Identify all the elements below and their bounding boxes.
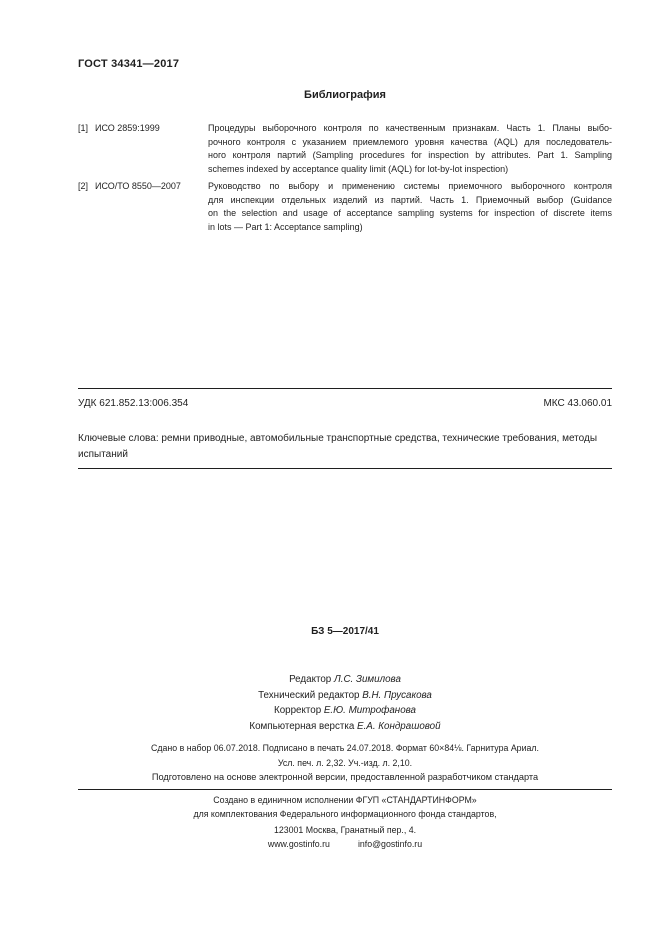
doc-code: ГОСТ 34341—2017	[78, 58, 612, 70]
bz-code: БЗ 5—2017/41	[78, 626, 612, 637]
bib-entry-description: Процедуры выборочного контроля по качест…	[208, 122, 612, 176]
bib-text-line: рочного контроля с указанием приемлемого…	[208, 136, 612, 150]
staff-credits: Редактор Л.С. Зимилова Технический редак…	[78, 672, 612, 734]
publisher-email: info@gostinfo.ru	[358, 838, 422, 852]
staff-line: Технический редактор В.Н. Прусакова	[78, 688, 612, 704]
staff-line: Компьютерная верстка Е.А. Кондрашовой	[78, 719, 612, 735]
staff-role: Редактор	[289, 674, 331, 685]
bib-text-line: schemes indexed by acceptance quality li…	[208, 163, 612, 177]
udk-code: УДК 621.852.13:006.354	[78, 398, 188, 409]
publisher-line: для комплектования Федерального информац…	[78, 808, 612, 822]
staff-line: Корректор Е.Ю. Митрофанова	[78, 703, 612, 719]
publisher-block: Создано в единичном исполнении ФГУП «СТА…	[78, 794, 612, 852]
keywords: Ключевые слова: ремни приводные, автомоб…	[78, 431, 612, 462]
bib-text-line: on the selection and usage of acceptance…	[208, 207, 612, 221]
bib-text-line: Руководство по выбору и применению систе…	[208, 180, 612, 194]
bib-entry-number: [2]	[78, 180, 95, 234]
bib-text-line: in lots — Part 1: Acceptance sampling)	[208, 221, 612, 235]
bib-entry-reference: ИСО/ТО 8550—2007	[95, 180, 208, 234]
staff-name: Е.Ю. Митрофанова	[324, 705, 416, 716]
staff-name: В.Н. Прусакова	[362, 690, 432, 701]
bibliography-entry: [1] ИСО 2859:1999 Процедуры выборочного …	[78, 122, 612, 176]
staff-role: Технический редактор	[258, 690, 359, 701]
bib-text-line: Процедуры выборочного контроля по качест…	[208, 122, 612, 136]
bib-text-line: для инспекции отдельных изделий из парти…	[208, 194, 612, 208]
print-info-line: Усл. печ. л. 2,32. Уч.-изд. л. 2,10.	[78, 756, 612, 771]
bib-entry-description: Руководство по выбору и применению систе…	[208, 180, 612, 234]
staff-name: Е.А. Кондрашовой	[357, 721, 441, 732]
staff-role: Корректор	[274, 705, 321, 716]
publisher-contacts: www.gostinfo.ru info@gostinfo.ru	[78, 838, 612, 852]
staff-name: Л.С. Зимилова	[334, 674, 401, 685]
print-info: Сдано в набор 06.07.2018. Подписано в пе…	[78, 741, 612, 770]
print-info-line: Сдано в набор 06.07.2018. Подписано в пе…	[78, 741, 612, 756]
classification-row: УДК 621.852.13:006.354 МКС 43.060.01	[78, 398, 612, 409]
section-title: Библиография	[78, 89, 612, 101]
horizontal-rule	[78, 388, 612, 389]
bib-text-line: ного контроля партий (Sampling procedure…	[208, 149, 612, 163]
staff-line: Редактор Л.С. Зимилова	[78, 672, 612, 688]
staff-role: Компьютерная верстка	[249, 721, 354, 732]
document-page: ГОСТ 34341—2017 Библиография [1] ИСО 285…	[0, 0, 661, 935]
mks-code: МКС 43.060.01	[543, 398, 612, 409]
horizontal-rule	[78, 468, 612, 469]
publisher-address: 123001 Москва, Гранатный пер., 4.	[78, 824, 612, 838]
bibliography-entry: [2] ИСО/ТО 8550—2007 Руководство по выбо…	[78, 180, 612, 234]
horizontal-rule	[78, 789, 612, 790]
bib-entry-reference: ИСО 2859:1999	[95, 122, 208, 176]
bib-entry-number: [1]	[78, 122, 95, 176]
prepared-note: Подготовлено на основе электронной верси…	[78, 772, 612, 782]
publisher-website: www.gostinfo.ru	[268, 838, 330, 852]
publisher-line: Создано в единичном исполнении ФГУП «СТА…	[78, 794, 612, 808]
